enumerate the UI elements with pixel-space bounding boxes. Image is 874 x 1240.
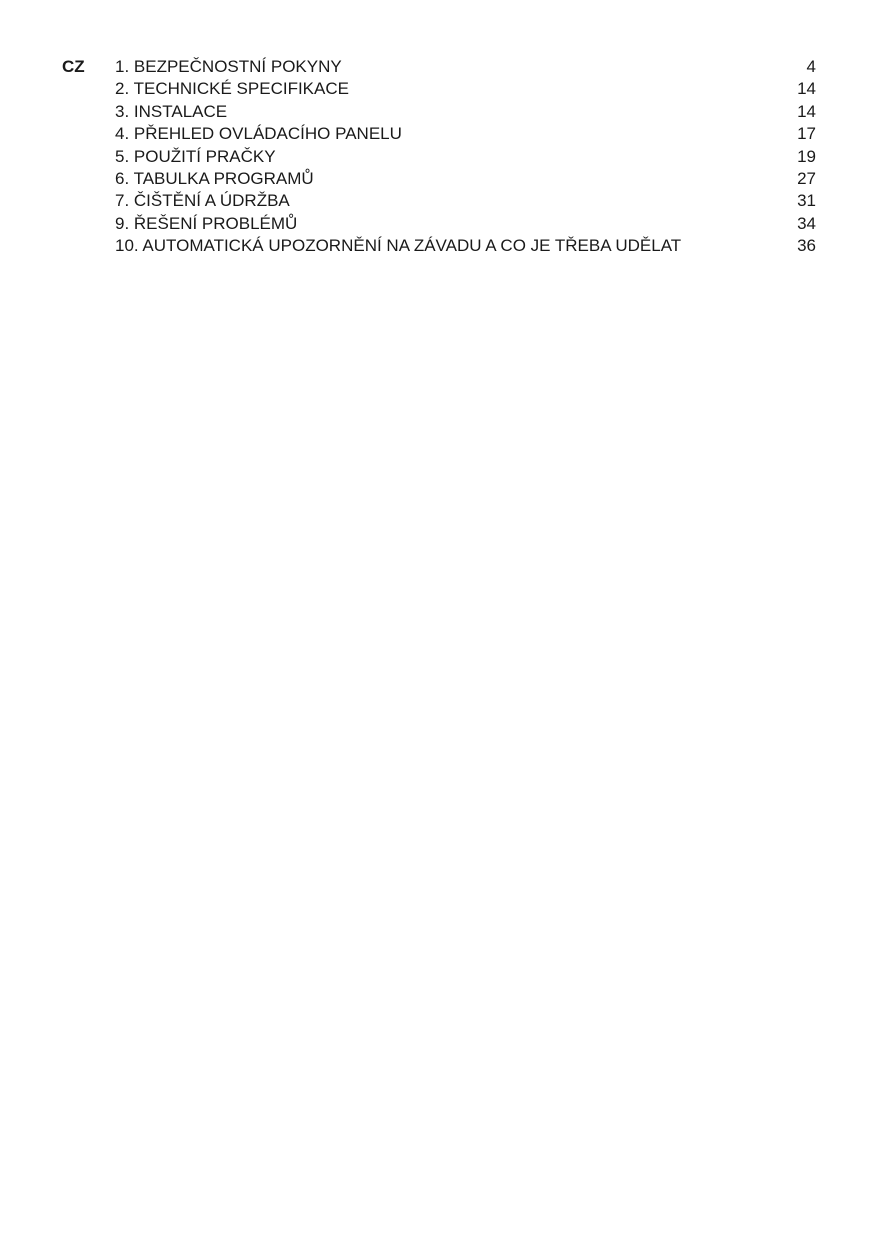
toc-entry-page: 27 xyxy=(797,169,816,189)
toc-entry-title: 3. INSTALACE xyxy=(115,102,227,122)
toc-entry-title: 6. TABULKA PROGRAMŮ xyxy=(115,169,314,189)
toc-entry[interactable]: 5. POUŽITÍ PRAČKY 19 xyxy=(115,147,816,169)
toc-entry[interactable]: 3. INSTALACE 14 xyxy=(115,102,816,124)
toc-entry[interactable]: 7. ČIŠTĚNÍ A ÚDRŽBA 31 xyxy=(115,191,816,213)
toc-entry[interactable]: 9. ŘEŠENÍ PROBLÉMŮ 34 xyxy=(115,214,816,236)
toc-entry[interactable]: 1. BEZPEČNOSTNÍ POKYNY 4 xyxy=(115,57,816,79)
toc-entry-page: 36 xyxy=(797,236,816,256)
toc-entry[interactable]: 10. AUTOMATICKÁ UPOZORNĚNÍ NA ZÁVADU A C… xyxy=(115,236,816,258)
toc-entry-title: 5. POUŽITÍ PRAČKY xyxy=(115,147,276,167)
toc-entry-page: 14 xyxy=(797,102,816,122)
toc-entry-page: 17 xyxy=(797,124,816,144)
toc-entry-title: 10. AUTOMATICKÁ UPOZORNĚNÍ NA ZÁVADU A C… xyxy=(115,236,681,256)
language-code: CZ xyxy=(62,57,85,77)
toc-entry-page: 19 xyxy=(797,147,816,167)
toc-entry-page: 31 xyxy=(797,191,816,211)
toc-entry-title: 2. TECHNICKÉ SPECIFIKACE xyxy=(115,79,349,99)
toc-entry[interactable]: 6. TABULKA PROGRAMŮ 27 xyxy=(115,169,816,191)
toc-entry[interactable]: 4. PŘEHLED OVLÁDACÍHO PANELU 17 xyxy=(115,124,816,146)
toc-entry[interactable]: 2. TECHNICKÉ SPECIFIKACE 14 xyxy=(115,79,816,101)
toc-entry-page: 14 xyxy=(797,79,816,99)
toc-entry-title: 9. ŘEŠENÍ PROBLÉMŮ xyxy=(115,214,297,234)
toc-entry-title: 7. ČIŠTĚNÍ A ÚDRŽBA xyxy=(115,191,290,211)
table-of-contents: 1. BEZPEČNOSTNÍ POKYNY 4 2. TECHNICKÉ SP… xyxy=(115,57,816,259)
toc-entry-page: 4 xyxy=(807,57,816,77)
toc-entry-title: 1. BEZPEČNOSTNÍ POKYNY xyxy=(115,57,342,77)
toc-entry-title: 4. PŘEHLED OVLÁDACÍHO PANELU xyxy=(115,124,402,144)
toc-entry-page: 34 xyxy=(797,214,816,234)
